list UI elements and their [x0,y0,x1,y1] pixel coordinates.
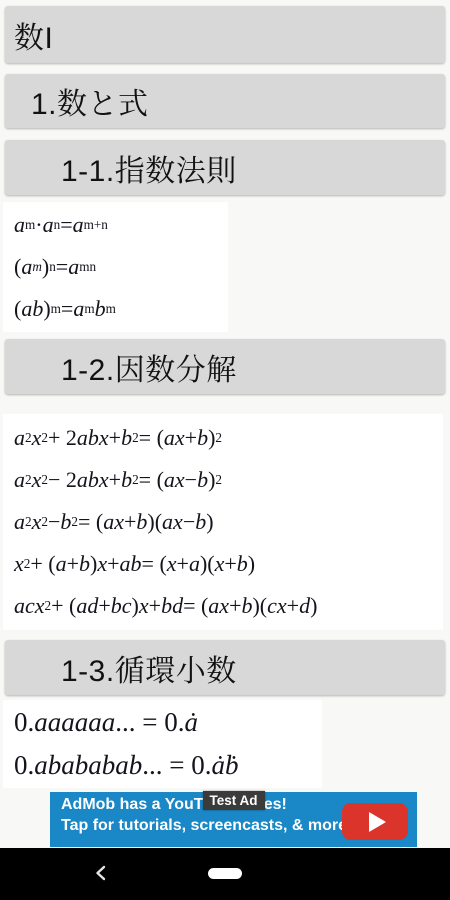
app-title: 数I [14,13,53,57]
formula-line: acx2 + (ad + bc)x + bd = (ax + b)(cx + d… [3,585,443,627]
formula-line: a2x2 − b2 = (ax + b)(ax − b) [3,501,443,543]
chapter-header: 1.数と式 [5,74,445,128]
subsection-title: 1-2.因数分解 [61,345,237,389]
subsection-header-factorization: 1-2.因数分解 [5,339,445,394]
formula-line: (ab)m = ambm [3,288,228,330]
subsection-title: 1-3.循環小数 [61,646,237,690]
app-title-bar: 数I [5,6,445,63]
formula-line: am · an = am+n [3,204,228,246]
formula-group-repeating-decimals: 0. aaaaaa ... = 0. ȧ 0. abababab ... = 0… [3,700,322,788]
subsection-header-repeating-decimals: 1-3.循環小数 [5,640,445,695]
chapter-title: 1.数と式 [31,79,149,123]
ad-subline: Tap for tutorials, screencasts, & more. [61,817,351,835]
back-icon[interactable] [94,865,106,881]
ad-banner[interactable]: AdMob has a YouTube series! Tap for tuto… [50,792,417,847]
formula-line: 0. aaaaaa ... = 0. ȧ [3,701,322,744]
home-pill[interactable] [208,868,242,879]
formula-line: a2x2 − 2abx + b2 = (ax − b)2 [3,459,443,501]
content-scroll-area[interactable]: 数I 1.数と式 1-1.指数法則 am · an = am+n (am)n =… [0,0,450,848]
play-icon [369,812,386,832]
subsection-header-exponent-laws: 1-1.指数法則 [5,140,445,195]
app-screen: 数I 1.数と式 1-1.指数法則 am · an = am+n (am)n =… [0,0,450,900]
formula-line: a2x2 + 2abx + b2 = (ax + b)2 [3,417,443,459]
youtube-play-button[interactable] [342,803,408,840]
subsection-title: 1-1.指数法則 [61,146,237,190]
test-ad-badge: Test Ad [202,791,264,810]
android-navigation-bar [0,848,450,900]
formula-line: (am)n = amn [3,246,228,288]
formula-line: x2 + (a + b)x + ab = (x + a)(x + b) [3,543,443,585]
formula-group-exponent-laws: am · an = am+n (am)n = amn (ab)m = ambm [3,202,228,332]
formula-line: 0. abababab ... = 0. ȧḃ [3,744,322,787]
formula-group-factorization: a2x2 + 2abx + b2 = (ax + b)2 a2x2 − 2abx… [3,414,443,630]
